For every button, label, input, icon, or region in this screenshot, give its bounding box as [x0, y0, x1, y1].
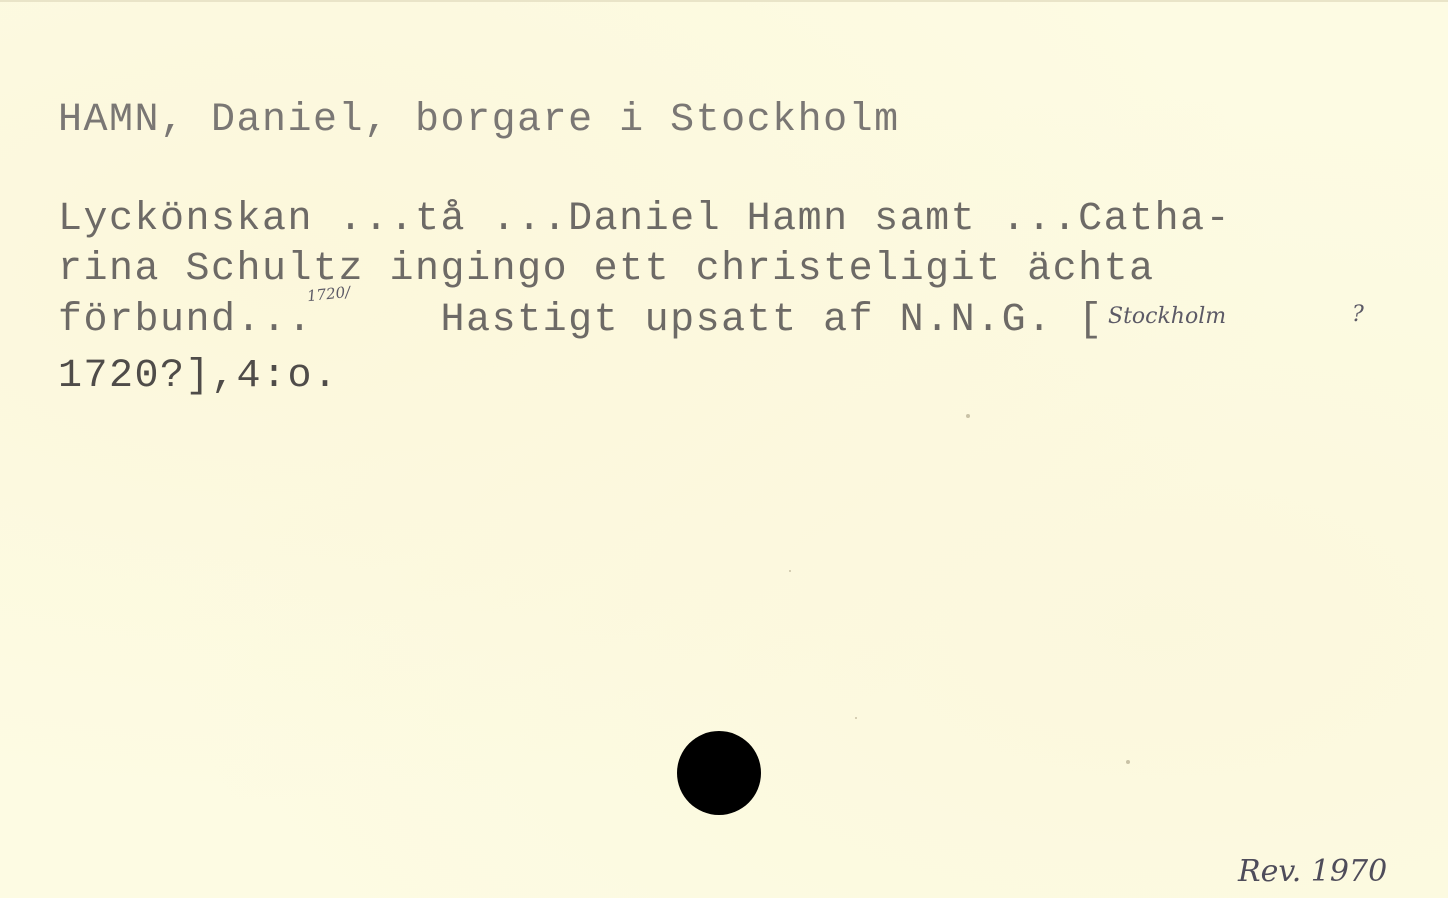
paper-speck	[966, 414, 970, 418]
punch-hole	[677, 731, 761, 815]
card-body-line-4: 1720?],4:o.	[58, 352, 339, 402]
card-body-line-3: förbund... Hastigt upsatt af N.N.G. [	[58, 296, 1104, 346]
handwritten-place: Stockholm	[1108, 304, 1226, 329]
card-body-line-1: Lyckönskan ...tå ...Daniel Hamn samt ...…	[58, 195, 1231, 245]
card-body-line-2: rina Schultz ingingo ett christeligit äc…	[58, 245, 1155, 295]
catalog-card: HAMN, Daniel, borgare i Stockholm Lyckön…	[0, 0, 1448, 898]
paper-speck	[789, 570, 791, 572]
paper-speck	[855, 717, 857, 719]
handwritten-revision-note: Rev. 1970	[1238, 854, 1387, 889]
card-heading: HAMN, Daniel, borgare i Stockholm	[58, 96, 900, 146]
paper-speck	[1126, 760, 1130, 764]
handwritten-question-mark: ?	[1352, 302, 1364, 327]
